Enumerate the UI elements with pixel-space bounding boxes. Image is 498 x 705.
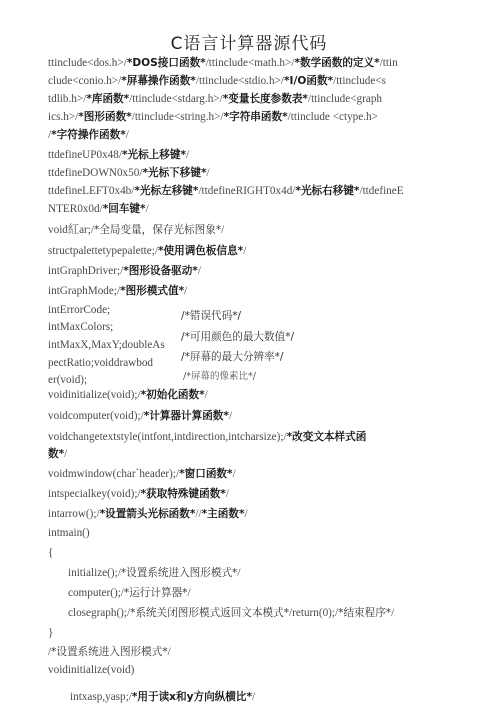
code-text: ttdefineDOWN0x50/ [48, 167, 142, 179]
code-text: voidinitialize(void);/ [48, 389, 141, 401]
comment-text: *系统关闭图形模式返回文本模式* [130, 607, 289, 619]
code-text: / [245, 508, 248, 520]
code-text: / [186, 149, 189, 161]
code-line-define-left-right: ttdefineLEFT0x4b/*光标左移键*/ttdefineRIGHT0x… [48, 184, 404, 198]
code-line-define-down: ttdefineDOWN0x50/*光标下移键*/ [48, 166, 210, 180]
comment-text: *计算器计算函数* [144, 410, 229, 422]
comment-text: *I/O函数* [284, 75, 333, 87]
code-text: /ttinclude<s [333, 75, 386, 87]
comment-text: *窗口函数* [179, 468, 232, 480]
code-line-include-4: ics.h>/*图形函数*/ttinclude<string.h>/*字符串函数… [48, 110, 378, 124]
comment-text: *全局变量，保存光标图象* [94, 224, 221, 236]
code-text: / [146, 203, 149, 215]
code-line-include-1: ttinclude<dos.h>/*DOS接口函数*/ttinclude<mat… [48, 56, 398, 70]
code-text: /ttinclude<string.h>/ [132, 111, 224, 123]
code-text: intGraphMode;/ [48, 285, 120, 297]
code-text: / [168, 646, 171, 658]
two-col-left-1: intErrorCode; [48, 303, 110, 317]
code-text: / [237, 567, 240, 579]
code-text: initialize();/ [68, 567, 121, 579]
comment-text: *设置系统进入图形模式* [121, 567, 238, 579]
comment-text: *字符串函数* [224, 111, 288, 123]
code-line-include-2: clude<conio.h>/*屏幕操作函数*/ttinclude<stdio.… [48, 74, 386, 88]
code-text: voidmwindow(char`header);/ [48, 468, 179, 480]
code-text: / [187, 587, 190, 599]
code-line-close-brace: } [48, 626, 53, 640]
code-line-main-signature: intmain() [48, 526, 90, 540]
comment-text: *获取特殊键函数* [141, 488, 226, 500]
code-text: / [243, 245, 246, 257]
code-text: clude<conio.h>/ [48, 75, 121, 87]
code-text: /return(0);/ [289, 607, 338, 619]
code-line-proto-changetextstyle: voidchangetextstyle(intfont,intdirection… [48, 430, 366, 444]
comment-text: *设置系统进入图形模式* [51, 646, 168, 658]
code-text: / [226, 488, 229, 500]
code-line-proto-changetextstyle-cont: 数*/ [48, 447, 67, 461]
two-col-right-4: /*屏幕的像素比*/ [183, 370, 256, 384]
comment-text: *光标右移键* [295, 185, 359, 197]
code-text: / [221, 224, 224, 236]
code-text: /ttinclude<math.h>/ [206, 57, 295, 69]
code-text: computer();/ [68, 587, 124, 599]
comment-text: 数* [48, 448, 64, 460]
code-line-proto-computer: voidcomputer(void);/*计算器计算函数*/ [48, 409, 232, 423]
code-line-main-closegraph: closegraph();/*系统关闭图形模式返回文本模式*/return(0)… [68, 606, 394, 620]
code-text: void紅ar;/ [48, 224, 94, 236]
comment-text: *用于读x和y方向纵横比* [132, 691, 252, 703]
comment-text: *库函数* [86, 93, 129, 105]
code-text: ttdefineLEFT0x4b/ [48, 185, 134, 197]
code-line-global-mode: intGraphMode;/*图形模式值*/ [48, 284, 187, 298]
code-text: intspecialkey(void);/ [48, 488, 141, 500]
code-text: intGraphDriver;/ [48, 265, 123, 277]
comment-text: *光标下移键* [142, 167, 206, 179]
code-line-initialize-def: voidinitialize(void) [48, 663, 134, 677]
comment-text: *图形设备驱动* [123, 265, 198, 277]
code-line-main-initialize: initialize();/*设置系统进入图形模式*/ [68, 566, 240, 580]
code-text: intarrow();/ [48, 508, 100, 520]
comment-text: *运行计算器* [124, 587, 188, 599]
code-line-global-driver: intGraphDriver;/*图形设备驱动*/ [48, 264, 201, 278]
comment-text: *变量长度参数表* [223, 93, 308, 105]
two-col-left-3: intMaxX,MaxY;doubleAs [48, 338, 165, 352]
code-text: closegraph();/ [68, 607, 130, 619]
code-line-proto-arrow: intarrow();/*设置箭头光标函数*//*主函数*/ [48, 507, 248, 521]
two-col-right-2: /*可用颜色的最大数值*/ [181, 330, 294, 344]
code-text: structpalettetypepalette;/ [48, 245, 158, 257]
comment-text: *DOS接口函数* [127, 57, 206, 69]
code-text: / [229, 410, 232, 422]
code-line-include-5: /*字符操作函数*/ [48, 128, 129, 142]
code-line-comment-setup: /*设置系统进入图形模式*/ [48, 645, 171, 659]
comment-text: *光标上移键* [122, 149, 186, 161]
code-text: voidchangetextstyle(intfont,intdirection… [48, 431, 287, 443]
comment-text: *字符操作函数* [51, 129, 126, 141]
document-title: C语言计算器源代码 [0, 29, 498, 54]
code-line-open-brace: { [48, 546, 53, 560]
code-line-main-computer: computer();/*运行计算器*/ [68, 586, 191, 600]
code-text: NTER0x0d/ [48, 203, 103, 215]
comment-text: *使用调色板信息* [158, 245, 243, 257]
comment-text: *数学函数的定义* [294, 57, 379, 69]
code-text: /ttdefineRIGHT0x4d/ [198, 185, 295, 197]
comment-text: *光标左移键* [134, 185, 198, 197]
comment-text: *图形模式值* [120, 285, 184, 297]
comment-text: *结束程序* [338, 607, 391, 619]
code-line-proto-mwindow: voidmwindow(char`header);/*窗口函数*/ [48, 467, 236, 481]
two-col-left-5: er(void); [48, 373, 87, 387]
code-text: / [207, 167, 210, 179]
code-line-define-up: ttdefineUP0x48/*光标上移键*/ [48, 148, 189, 162]
code-text: tdlib.h>/ [48, 93, 86, 105]
comment-text: *屏幕操作函数* [121, 75, 196, 87]
code-text: voidcomputer(void);/ [48, 410, 144, 422]
code-line-define-enter: NTER0x0d/*回车键*/ [48, 202, 149, 216]
comment-text: *主函数* [202, 508, 245, 520]
code-text: intxasp,yasp;/ [70, 691, 132, 703]
code-text: / [198, 265, 201, 277]
code-text: /ttinclude<stdio.h>/ [196, 75, 284, 87]
code-line-global-palette: structpalettetypepalette;/*使用调色板信息*/ [48, 244, 246, 258]
code-text: / [64, 448, 67, 460]
code-text: ttdefineUP0x48/ [48, 149, 122, 161]
code-line-global-bar: void紅ar;/*全局变量，保存光标图象*/ [48, 223, 224, 237]
two-col-left-4: pectRatio;voiddrawbod [48, 356, 153, 370]
code-text: /ttinclude <ctype.h> [288, 111, 378, 123]
code-text: / [252, 691, 255, 703]
code-line-proto-specialkey: intspecialkey(void);/*获取特殊键函数*/ [48, 487, 229, 501]
comment-text: *设置箭头光标函数* [100, 508, 196, 520]
code-text: /ttinclude<graph [308, 93, 382, 105]
code-line-proto-initialize: voidinitialize(void);/*初始化函数*/ [48, 388, 208, 402]
code-text: / [391, 607, 394, 619]
code-text: / [184, 285, 187, 297]
two-col-right-1: /*错误代码*/ [181, 309, 241, 323]
comment-text: *回车键* [103, 203, 146, 215]
code-line-xasp-yasp: intxasp,yasp;/*用于读x和y方向纵横比*/ [70, 690, 255, 704]
code-text: /ttinclude<stdarg.h>/ [129, 93, 223, 105]
comment-text: *初始化函数* [141, 389, 205, 401]
code-line-include-3: tdlib.h>/*库函数*/ttinclude<stdarg.h>/*变量长度… [48, 92, 382, 106]
code-text: /ttdefineE [359, 185, 403, 197]
comment-text: *图形函数* [78, 111, 131, 123]
code-text: ttinclude<dos.h>/ [48, 57, 127, 69]
code-text: / [205, 389, 208, 401]
code-text: / [126, 129, 129, 141]
code-text: / [233, 468, 236, 480]
two-col-right-3: /*屏幕的最大分辨率*/ [181, 350, 283, 364]
two-col-left-2: intMaxColors; [48, 320, 113, 334]
code-text: ics.h>/ [48, 111, 78, 123]
comment-text: *改变文本样式函 [287, 431, 367, 443]
code-text: /ttin [380, 57, 398, 69]
